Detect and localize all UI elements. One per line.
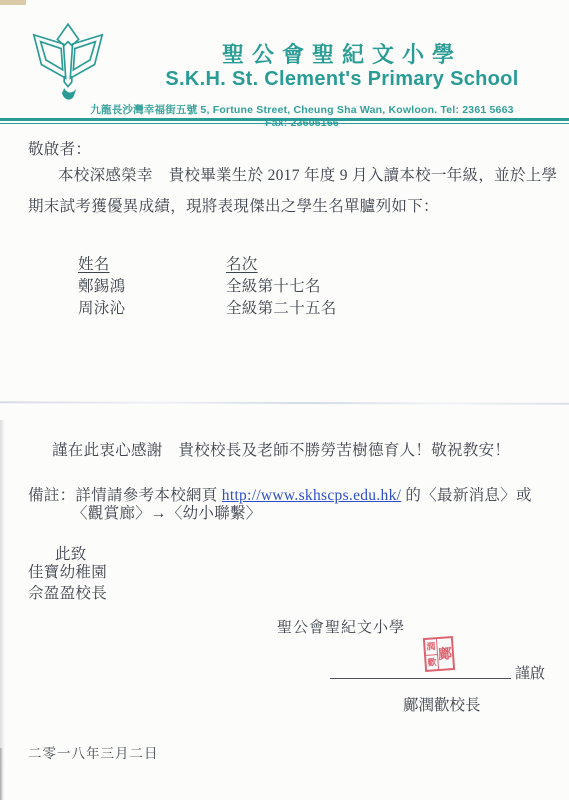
letterhead-rule-thin [0, 123, 569, 124]
scan-artifact-top-left [0, 0, 26, 5]
skh-dove-logo-icon [30, 20, 106, 106]
student-rank: 全級第二十五名 [226, 296, 337, 318]
table-header-rank: 名次 [226, 252, 258, 274]
salutation: 敬啟者： [28, 137, 91, 159]
note-text-after-link: 的〈最新消息〉或 [401, 487, 532, 504]
student-rank: 全級第十七名 [226, 274, 321, 296]
principal-name: 鄺潤歡校長 [403, 693, 481, 715]
thanks-line: 謹在此衷心感謝 貴校校長及老師不勝勞苦樹德育人！敬祝教安！ [52, 438, 510, 460]
recipient-school: 佳寶幼稚園 [28, 560, 107, 582]
scan-edge-shadow [0, 420, 5, 800]
respectfully-yours: 謹啟 [515, 662, 545, 683]
table-header-name: 姓名 [78, 252, 110, 274]
seal-char-large: 鄺 [437, 638, 453, 669]
letterhead-rule-thick [0, 118, 569, 121]
school-address-line: 九龍長沙灣幸福街五號 5, Fortune Street, Cheung Sha… [90, 102, 514, 129]
school-name-english: S.K.H. St. Clement's Primary School [130, 68, 554, 91]
seal-char: 歡 [426, 655, 438, 670]
signature-underline [330, 678, 511, 679]
sender-school-name: 聖公會聖紀文小學 [277, 616, 405, 637]
principal-seal-stamp: 潤 歡 鄺 [423, 636, 455, 672]
paragraph-line-1: 本校深感榮幸 貴校畢業生於 2017 年度 9 月入讀本校一年級，並於上學 [58, 163, 557, 185]
scan-edge-shadow-bottom [0, 748, 3, 800]
student-name: 周泳沁 [78, 296, 125, 318]
student-name: 鄭錫鴻 [78, 274, 125, 296]
paragraph-line-2: 期末試考獲優異成績，現將表現傑出之學生名單臚列如下： [28, 194, 439, 216]
seal-char: 潤 [425, 639, 437, 655]
letter-date: 二零一八年三月二日 [28, 742, 159, 762]
note-label: 備註： [28, 487, 75, 504]
fold-crease-line [0, 401, 569, 404]
scanned-letter-page: 聖公會聖紀文小學 S.K.H. St. Clement's Primary Sc… [0, 0, 569, 800]
note-line-2: 〈觀賞廊〉→〈幼小聯繫〉 [72, 501, 262, 523]
recipient-principal: 佘盈盈校長 [28, 581, 107, 603]
school-name-chinese: 聖公會聖紀文小學 [130, 38, 554, 69]
